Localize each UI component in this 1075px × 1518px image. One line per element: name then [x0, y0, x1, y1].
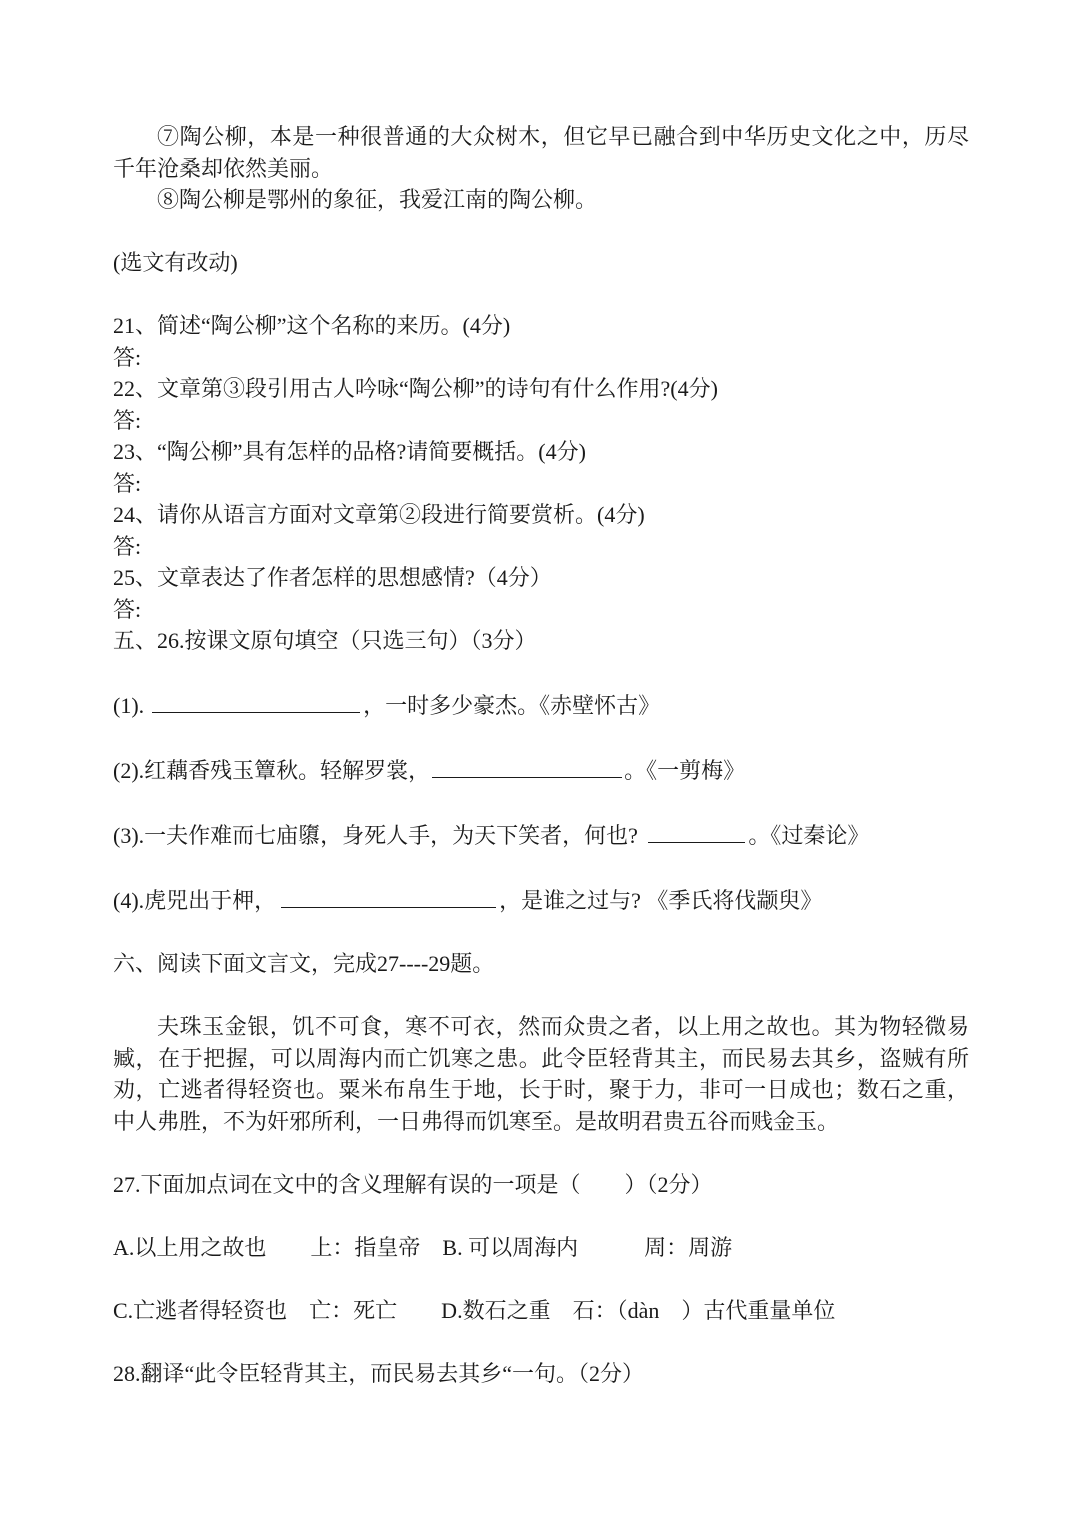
- answer-label-23: 答:: [113, 468, 969, 500]
- spacer: [113, 1200, 969, 1232]
- spacer: [113, 917, 969, 949]
- question-27-options-ab: A.以上用之故也 上：指皇帝 B. 可以周海内 周：周游: [113, 1232, 969, 1264]
- passage-paragraph-7: ⑦陶公柳，本是一种很普通的大众树木，但它早已融合到中华历史文化之中，历尽千年沧桑…: [113, 121, 969, 184]
- fill-in-1-prefix: (1).: [113, 693, 144, 718]
- classical-passage: 夫珠玉金银，饥不可食，寒不可衣，然而众贵之者，以上用之故也。其为物轻微易臧，在于…: [113, 1011, 969, 1137]
- spacer: [113, 980, 969, 1012]
- question-24: 24、请你从语言方面对文章第②段进行简要赏析。(4分): [113, 499, 969, 531]
- fill-in-2: (2).红藕香残玉簟秋。轻解罗裳，。《一剪梅》: [113, 753, 969, 787]
- exam-paper-page: ⑦陶公柳，本是一种很普通的大众树木，但它早已融合到中华历史文化之中，历尽千年沧桑…: [0, 0, 1075, 1518]
- question-22: 22、文章第③段引用古人吟咏“陶公柳”的诗句有什么作用?(4分): [113, 373, 969, 405]
- section-5-heading: 五、26.按课文原句填空（只选三句）（3分）: [113, 625, 969, 657]
- answer-label-24: 答:: [113, 531, 969, 563]
- question-28: 28.翻译“此令臣轻背其主，而民易去其乡“一句。（2分）: [113, 1358, 969, 1390]
- passage-paragraph-8: ⑧陶公柳是鄂州的象征，我爱江南的陶公柳。: [113, 184, 969, 216]
- question-27: 27.下面加点词在文中的含义理解有误的一项是（ ）（2分）: [113, 1169, 969, 1201]
- fill-in-3: (3).一夫作难而七庙隳，身死人手，为天下笑者，何也? 。《过秦论》: [113, 818, 969, 852]
- fill-in-1-suffix: ，一时多少豪杰。《赤壁怀古》: [363, 693, 660, 718]
- spacer: [113, 852, 969, 884]
- fill-in-4-suffix: ，是谁之过与? 《季氏将伐颛臾》: [499, 888, 822, 913]
- spacer: [113, 279, 969, 311]
- fill-in-2-prefix: (2).红藕香残玉簟秋。轻解罗裳，: [113, 758, 430, 783]
- spacer: [113, 787, 969, 819]
- fill-in-2-suffix: 。《一剪梅》: [624, 758, 745, 783]
- answer-label-21: 答:: [113, 342, 969, 374]
- answer-label-25: 答:: [113, 594, 969, 626]
- spacer: [113, 216, 969, 248]
- answer-blank-2: [432, 753, 622, 778]
- question-21: 21、简述“陶公柳”这个名称的来历。(4分): [113, 310, 969, 342]
- source-note: (选文有改动): [113, 247, 969, 279]
- fill-in-1: (1).，一时多少豪杰。《赤壁怀古》: [113, 688, 969, 722]
- spacer: [113, 722, 969, 754]
- section-6-heading: 六、阅读下面文言文，完成27----29题。: [113, 948, 969, 980]
- question-25: 25、文章表达了作者怎样的思想感情?（4分）: [113, 562, 969, 594]
- question-27-options-cd: C.亡逃者得轻资也 亡：死亡 D.数石之重 石：（dàn ）古代重量单位: [113, 1295, 969, 1327]
- spacer: [113, 657, 969, 689]
- page-content: ⑦陶公柳，本是一种很普通的大众树木，但它早已融合到中华历史文化之中，历尽千年沧桑…: [113, 121, 969, 1389]
- fill-in-3-prefix: (3).一夫作难而七庙隳，身死人手，为天下笑者，何也?: [113, 823, 643, 848]
- answer-label-22: 答:: [113, 405, 969, 437]
- spacer: [113, 1263, 969, 1295]
- fill-in-4: (4).虎兕出于柙，，是谁之过与? 《季氏将伐颛臾》: [113, 883, 969, 917]
- fill-in-4-prefix: (4).虎兕出于柙，: [113, 888, 276, 913]
- spacer: [113, 1326, 969, 1358]
- spacer: [113, 1137, 969, 1169]
- answer-blank-1: [152, 688, 360, 713]
- answer-blank-4: [281, 883, 496, 908]
- question-23: 23、“陶公柳”具有怎样的品格?请简要概括。(4分): [113, 436, 969, 468]
- fill-in-3-suffix: 。《过秦论》: [748, 823, 869, 848]
- answer-blank-3: [648, 818, 745, 843]
